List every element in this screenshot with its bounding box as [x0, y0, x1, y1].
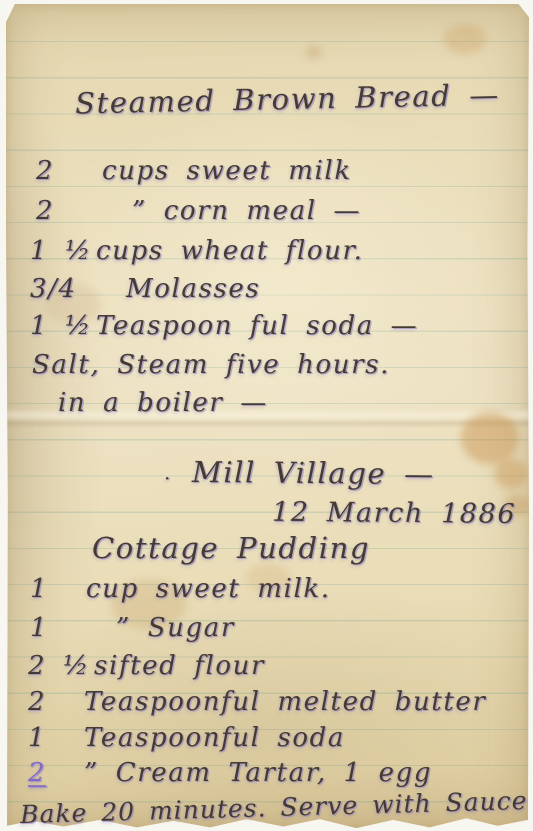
ingredient-line: 3/4Molasses: [30, 274, 260, 304]
ingredient-qty: 1: [30, 574, 86, 604]
ingredient-qty: 1: [28, 723, 84, 753]
ingredient-qty: 3/4: [30, 274, 96, 304]
ingredient-qty: 1 ½: [30, 236, 96, 266]
ingredient-line: 1 ½cups wheat flour.: [30, 236, 364, 266]
ingredient-qty: 2: [28, 687, 84, 717]
ingredient-text: sifted flour: [94, 651, 265, 681]
ingredient-text: Molasses: [126, 274, 260, 304]
ingredient-line: 2 ½sifted flour: [28, 651, 265, 681]
ingredient-text: cups sweet milk: [102, 156, 352, 186]
ingredient-line: 1Teaspoonful soda: [28, 723, 345, 753]
recipe-title-cottage-pudding: Cottage Pudding: [92, 531, 370, 565]
ingredient-text: cup sweet milk.: [86, 574, 331, 604]
ingredient-qty: 1: [30, 613, 86, 643]
stray-dot-mark: ·: [164, 466, 172, 490]
ingredient-line: 1 ½Teaspoon ful soda —: [30, 311, 418, 341]
ingredient-qty: 2 ½: [28, 651, 94, 681]
date-line: 12 March 1886 —: [272, 497, 533, 531]
instruction-text: Bake 20 minutes. Serve with Sauce: [20, 786, 528, 829]
instruction-text: Salt, Steam five hours.: [32, 350, 390, 380]
ingredient-qty: 2: [36, 196, 102, 226]
ingredient-text: Teaspoonful soda: [84, 723, 345, 753]
ingredient-qty-violet: 2: [28, 758, 84, 788]
instruction-line: Salt, Steam five hours.: [32, 350, 390, 380]
ingredient-qty: 1 ½: [30, 311, 96, 341]
ingredient-line: 2” corn meal —: [36, 196, 361, 226]
ingredient-text: ” Cream Tartar, 1 egg: [84, 758, 432, 788]
recipe-title-steamed-brown-bread: Steamed Brown Bread —: [75, 78, 500, 121]
ingredient-line: 1cup sweet milk.: [30, 574, 331, 604]
ingredient-line: 2cups sweet milk: [36, 156, 352, 186]
handwriting-layer: Steamed Brown Bread — 2cups sweet milk 2…: [0, 0, 533, 831]
instruction-line: Bake 20 minutes. Serve with Sauce: [20, 786, 528, 829]
ingredient-text: Teaspoon ful soda —: [96, 311, 418, 341]
instruction-line: in a boiler —: [58, 388, 268, 418]
ingredient-text: ” corn meal —: [132, 196, 361, 226]
ingredient-text: ” Sugar: [116, 613, 235, 643]
ingredient-qty: 2: [36, 156, 102, 186]
ingredient-text: Teaspoonful melted butter: [84, 687, 486, 717]
ingredient-line: 2” Cream Tartar, 1 egg: [28, 758, 432, 788]
place-line: Mill Village —: [192, 455, 435, 491]
ingredient-line: 1” Sugar: [30, 613, 235, 643]
instruction-text: in a boiler —: [58, 388, 268, 418]
ingredient-text: cups wheat flour.: [96, 236, 364, 266]
ingredient-line: 2Teaspoonful melted butter: [28, 687, 486, 717]
